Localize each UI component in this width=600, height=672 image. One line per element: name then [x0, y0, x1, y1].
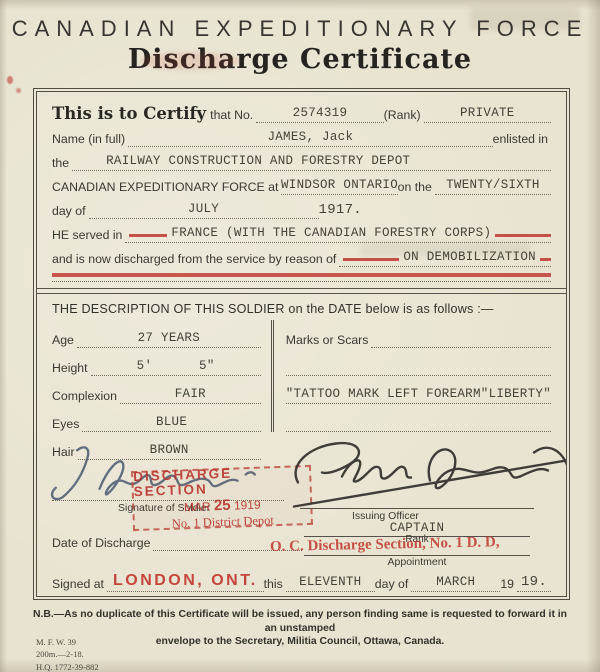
unit-value: RAILWAY CONSTRUCTION AND FORESTRY DEPOT	[106, 155, 410, 170]
nb-footnote-line1: N.B.—As no duplicate of this Certificate…	[30, 608, 570, 635]
stamp-day: 25	[214, 497, 231, 515]
red-ink-speck	[7, 76, 13, 84]
complexion-label: Complexion	[52, 389, 120, 404]
stamp-year: 1919	[234, 498, 261, 513]
red-rule-line	[52, 273, 551, 277]
month-value: JULY	[188, 203, 219, 218]
the-label: the	[52, 156, 72, 171]
section-divider-line	[37, 288, 566, 294]
complexion-value: FAIR	[175, 388, 206, 403]
eyes-field: BLUE	[82, 416, 260, 432]
red-strike-line	[540, 258, 551, 261]
day-of-label2: day of	[375, 577, 412, 592]
day-of-label: day of	[52, 204, 89, 219]
on-the-label: on the	[398, 180, 435, 195]
unit-row: the RAILWAY CONSTRUCTION AND FORESTRY DE…	[52, 148, 551, 171]
served-in-row: HE served in FRANCE (WITH THE CANADIAN F…	[52, 220, 551, 243]
signed-at-label: Signed at	[52, 577, 107, 592]
discharge-reason-label: and is now discharged from the service b…	[52, 252, 339, 267]
name-field: JAMES, Jack	[128, 131, 493, 147]
age-row: Age 27 YEARS	[52, 320, 261, 348]
place-value: WINDSOR ONTARIO	[281, 179, 398, 194]
day-word-field: TWENTY/SIXTH	[435, 179, 551, 195]
discharge-reason-field: ON DEMOBILIZATION	[339, 251, 551, 267]
appointment-label: Appointment	[352, 556, 482, 568]
height-value: 5' 5"	[137, 360, 215, 375]
marks-blank-row	[286, 348, 551, 376]
signed-at-row: Signed at LONDON, ONT. this ELEVENTH day…	[52, 566, 551, 592]
place-field: WINDSOR ONTARIO	[281, 179, 397, 195]
year-value: 1917.	[319, 203, 363, 219]
name-row: Name (in full) JAMES, Jack enlisted in	[52, 124, 551, 147]
marks-value-row: "TATTOO MARK LEFT FOREARM"LIBERTY"	[286, 376, 551, 404]
enlistment-place-row: CANADIAN EXPEDITIONARY FORCE at WINDSOR …	[52, 172, 551, 195]
description-right-column: Marks or Scars "TATTOO MARK LEFT FOREARM…	[271, 320, 551, 432]
age-value: 27 YEARS	[138, 332, 200, 347]
certificate-body: This is to Certify that No. 2574319 (Ran…	[36, 91, 567, 597]
discharge-reason-value: ON DEMOBILIZATION	[403, 251, 536, 266]
age-label: Age	[52, 333, 77, 348]
hq-file-code: H.Q. 1772-39-882	[36, 661, 99, 672]
this-label: this	[264, 577, 286, 592]
year-printed-prefix: 19	[500, 577, 517, 592]
served-in-label: HE served in	[52, 228, 125, 243]
marks-or-scars-label: Marks or Scars	[286, 333, 372, 348]
red-ink-speck	[16, 88, 21, 93]
print-run-code: 200m.—2-18.	[36, 648, 99, 660]
red-strike-mark	[343, 258, 399, 261]
service-number-field: 2574319	[256, 107, 383, 123]
eyes-row: Eyes BLUE	[52, 404, 261, 432]
signature-zone: Signature of Soldier DISCHARGE SECTION M…	[52, 462, 551, 566]
stamp-date: MAR 25 1919	[184, 496, 261, 516]
served-in-value: FRANCE (WITH THE CANADIAN FORESTRY CORPS…	[171, 227, 491, 242]
nb-footnote-line2: envelope to the Secretary, Militia Counc…	[30, 635, 570, 649]
signed-month-field: MARCH	[411, 576, 500, 592]
officer-signature-line	[300, 508, 534, 509]
unit-field: RAILWAY CONSTRUCTION AND FORESTRY DEPOT	[72, 155, 551, 171]
rank-label: (Rank)	[384, 108, 424, 123]
marks-value: "TATTOO MARK LEFT FOREARM"LIBERTY"	[286, 388, 551, 403]
served-in-field: FRANCE (WITH THE CANADIAN FORESTRY CORPS…	[125, 227, 551, 243]
height-row: Height 5' 5"	[52, 348, 261, 376]
age-field: 27 YEARS	[77, 332, 261, 348]
complexion-row: Complexion FAIR	[52, 376, 261, 404]
document-subtitle: Discharge Certificate	[0, 44, 600, 75]
stamp-month: MAR	[184, 499, 211, 514]
marks-label-row: Marks or Scars	[286, 320, 551, 348]
name-value: JAMES, Jack	[267, 131, 353, 146]
dotted-rule-line	[52, 281, 551, 282]
height-label: Height	[52, 361, 91, 376]
that-no-label: that No.	[210, 108, 256, 123]
officer-signature	[284, 430, 567, 516]
complexion-field: FAIR	[120, 388, 261, 404]
eyes-label: Eyes	[52, 417, 82, 432]
day-word-value: TWENTY/SIXTH	[446, 179, 540, 194]
nb-footnote: N.B.—As no duplicate of this Certificate…	[30, 608, 570, 649]
description-heading: THE DESCRIPTION OF THIS SOLDIER on the D…	[52, 302, 551, 316]
eyes-value: BLUE	[156, 416, 187, 431]
form-print-codes: M. F. W. 39 200m.—2-18. H.Q. 1772-39-882	[36, 636, 99, 672]
height-field: 5' 5"	[91, 360, 261, 376]
red-strike-mark	[129, 234, 167, 237]
rank-field: PRIVATE	[424, 107, 551, 123]
signed-year-value: 19.	[521, 575, 547, 591]
signed-year-field: 19.	[517, 575, 551, 592]
marks-blank-row	[286, 404, 551, 432]
certify-row: This is to Certify that No. 2574319 (Ran…	[52, 100, 551, 123]
signed-day-value: ELEVENTH	[299, 576, 361, 591]
enlisted-in-label: enlisted in	[493, 132, 551, 147]
signed-place-stamp: LONDON, ONT.	[107, 572, 264, 591]
marks-value-field: "TATTOO MARK LEFT FOREARM"LIBERTY"	[286, 388, 551, 404]
enlistment-date-row: day of JULY 1917.	[52, 196, 551, 219]
name-label: Name (in full)	[52, 132, 128, 147]
signed-day-field: ELEVENTH	[286, 576, 375, 592]
signed-month-value: MARCH	[436, 576, 475, 591]
marks-field-line	[371, 347, 551, 348]
date-of-discharge-row: Date of Discharge	[52, 536, 302, 551]
military-district-row: in Military District No. (ONE)	[52, 593, 551, 597]
signed-place-field: LONDON, ONT.	[107, 572, 264, 592]
discharge-reason-row: and is now discharged from the service b…	[52, 244, 551, 267]
certify-lead-text: This is to Certify	[52, 104, 210, 123]
document-title: CANADIAN EXPEDITIONARY FORCE	[0, 16, 600, 42]
month-field: JULY	[89, 203, 319, 219]
stamp-depot-line: No. 1 District Depot	[172, 513, 275, 532]
marks-blank-line	[286, 375, 551, 376]
form-code: M. F. W. 39	[36, 636, 99, 648]
certificate-border-frame: This is to Certify that No. 2574319 (Ran…	[33, 88, 570, 600]
service-number-value: 2574319	[293, 107, 348, 122]
cef-at-label: CANADIAN EXPEDITIONARY FORCE at	[52, 180, 281, 195]
red-strike-line	[495, 234, 551, 237]
date-of-discharge-label: Date of Discharge	[52, 536, 153, 551]
rank-value: PRIVATE	[460, 107, 515, 122]
